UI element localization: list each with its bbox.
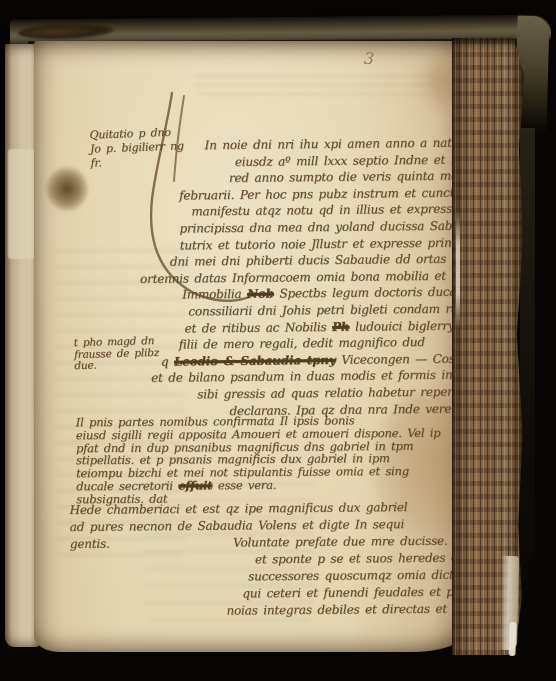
line-text: successores quoscumqz omia dicta omnes <box>248 567 472 583</box>
line-text: q <box>161 354 174 368</box>
line-text: februarii. Per hoc pns pubz instrum et c… <box>179 185 472 202</box>
line-text: qui ceteri et funendi feudales et pseual… <box>242 584 472 600</box>
line-text: conssiliarii dni Johis petri bigleti con… <box>188 301 472 318</box>
folio-number: 3 <box>363 49 374 69</box>
line-text: eiusdz aº mill lxxx septio Indne et na d… <box>235 152 472 169</box>
struck-text: Ph <box>332 319 350 333</box>
text-block-upper: In noie dni nri ihu xpi amen anno a nate… <box>139 134 472 420</box>
page-edge-sliver <box>508 622 516 656</box>
line-text: tutrix et tutorio noie Jllustr et expres… <box>180 235 472 252</box>
line-text: due. <box>74 360 97 373</box>
line-text: et de ritibus ac Nobilis <box>184 319 332 335</box>
line-text: In noie dni nri ihu xpi amen anno a nate <box>205 136 459 153</box>
line-text: red anno sumpto die veris quinta mensis <box>229 169 472 186</box>
struck-text: Leodio & Sabaudia tpny <box>174 353 336 369</box>
line-text: gentis. Voluntate prefate due mre duciss… <box>70 533 472 551</box>
line-text: et sponte p se et suos heredes et Impesi… <box>255 550 472 566</box>
page-edge-sliver <box>456 210 460 330</box>
line-text: et de bilano psandum in duas modis et fo… <box>151 367 472 385</box>
text-block-margin-merged: Il pnis partes nomibus confirmata Il ips… <box>76 414 441 506</box>
line-text: Hede chamberiaci et est qz ipe magnificu… <box>69 500 407 517</box>
manuscript-line: noias integras debiles et directas et co… <box>226 600 472 620</box>
line-text: noias integras debiles et directas et co… <box>226 601 471 617</box>
line-text: fr. <box>90 156 101 169</box>
ink-blot-stain <box>46 167 88 211</box>
struck-text: effuit <box>178 478 212 492</box>
line-text: filii de mero regali, dedit magnifico du… <box>179 335 425 352</box>
underlying-page-patch <box>8 149 34 259</box>
line-text: Vicecongen — Cosihano <box>336 351 472 367</box>
text-block-lower: Hede chamberiaci et est qz ipe magnificu… <box>69 498 472 621</box>
line-text: esse vera. <box>212 478 276 492</box>
manuscript-line: et sponte p se et suos heredes et Impesi… <box>255 549 472 568</box>
manuscript-line: qui ceteri et funendi feudales et pseual… <box>242 583 472 602</box>
line-text: ad pures necnon de Sabaudia Volens et di… <box>70 517 405 534</box>
line-text: ludouici biglerry <box>349 318 454 333</box>
line-text: ortennis datas Informacoem omia bona mob… <box>140 269 446 286</box>
manuscript-line: sibi gressis ad quas relatio habetur rep… <box>197 383 472 403</box>
struck-text: Nob <box>247 287 274 301</box>
book-cover-right-edge <box>520 128 535 628</box>
manuscript-photo: 3 Quitatio p dnoJo p. bigilierr ngfr. t … <box>0 0 556 681</box>
manuscript-line: et de ritibus ac Nobilis Ph ludouici big… <box>184 317 472 337</box>
show-through-text <box>194 71 434 95</box>
line-text: dni mei dni phiberti ducis Sabaudie dd o… <box>170 252 471 269</box>
manuscript-page: 3 Quitatio p dnoJo p. bigilierr ngfr. t … <box>34 41 472 652</box>
line-text: Immobilia <box>182 287 247 302</box>
line-text: principissa dna mea dna yoland ducissa S… <box>179 218 472 235</box>
line-text: Spectbs legum doctoris ducalis <box>274 285 470 301</box>
line-text: manifestu atqz notu qd in illius et expr… <box>191 202 459 219</box>
manuscript-line: successores quoscumqz omia dicta omnes <box>248 566 472 585</box>
line-text: sibi gressis ad quas relatio habetur rep… <box>197 384 472 401</box>
